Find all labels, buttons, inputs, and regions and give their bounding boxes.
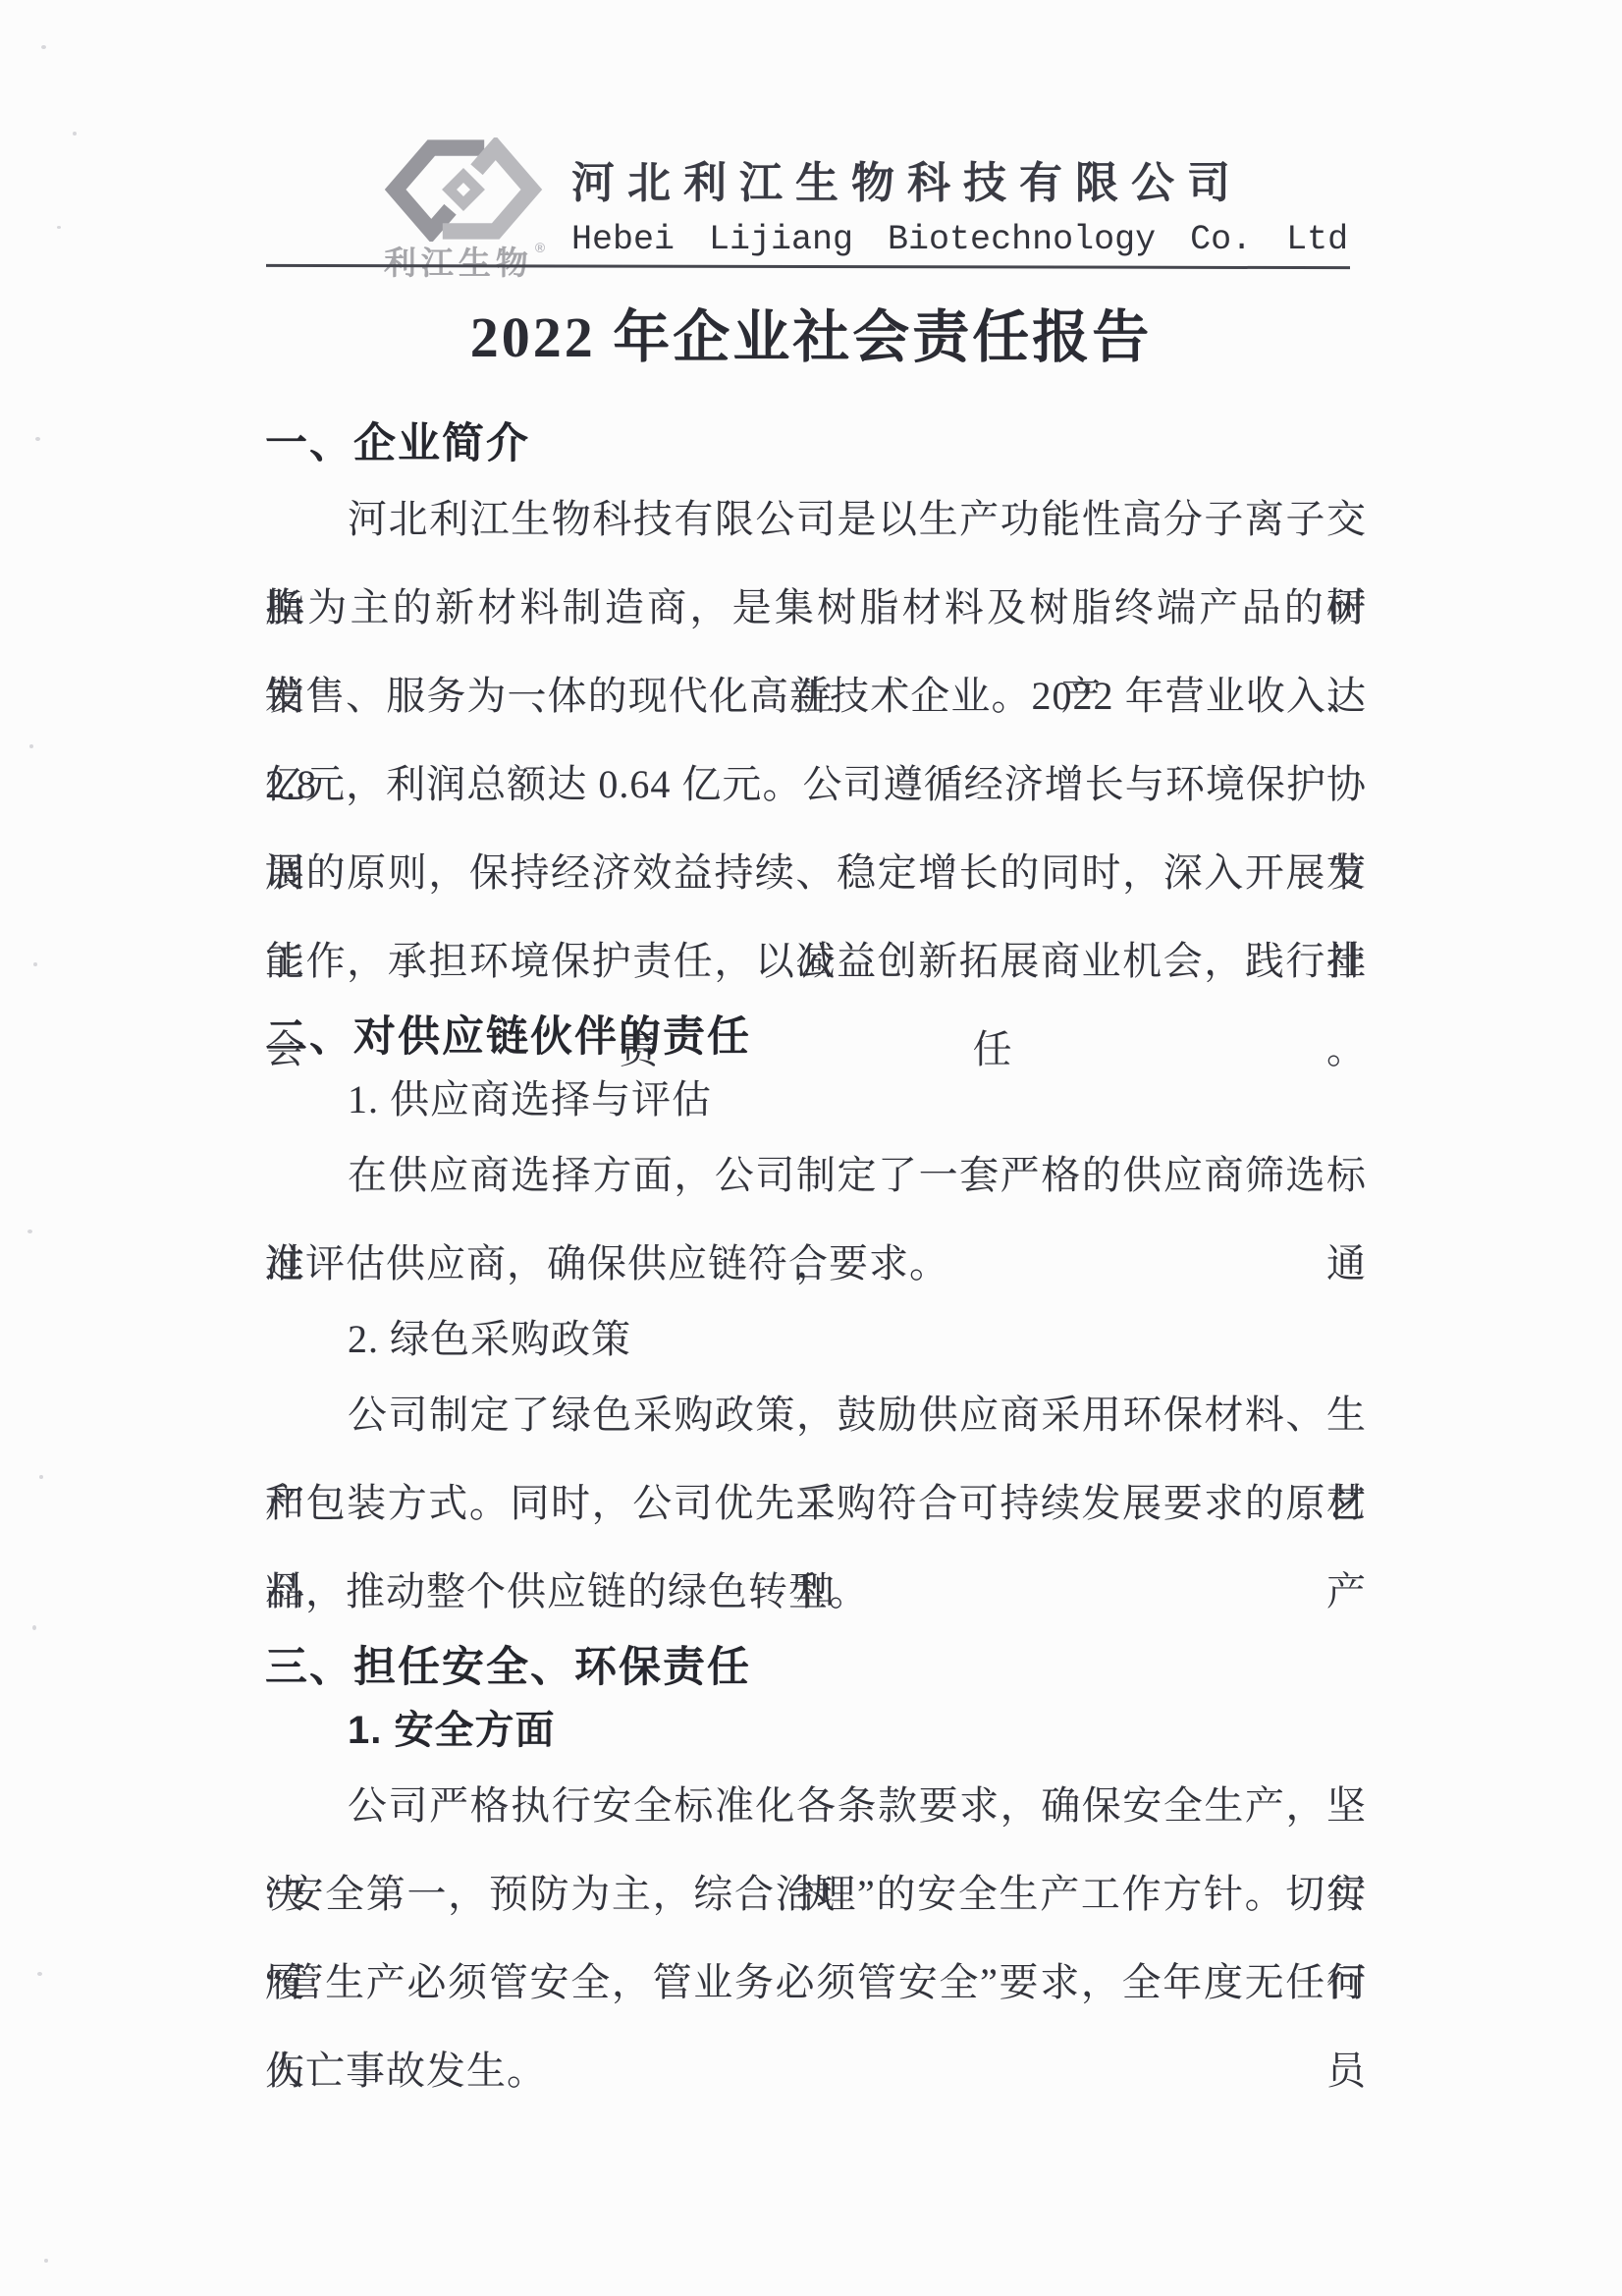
body-line: 和包装方式。同时，公司优先采购符合可持续发展要求的原材料和产: [265, 1459, 1367, 1548]
logo-brand-text: 利江生物®: [376, 238, 551, 284]
scanned-report-page: 利江生物® 河北利江生物科技有限公司 Hebei Lijiang Biotech…: [0, 0, 1622, 2296]
body-line: “安全第一，预防为主，综合治理”的安全生产工作方针。切实履行: [265, 1850, 1367, 1939]
body-line: 公司制定了绿色采购政策，鼓励供应商采用环保材料、生产工艺: [265, 1371, 1367, 1459]
company-name-en: Hebei Lijiang Biotechnology Co. Ltd: [571, 220, 1269, 259]
scan-speck: [33, 962, 37, 966]
body-line: 河北利江生物科技有限公司是以生产功能性高分子离子交换树: [265, 475, 1367, 564]
scan-speck: [41, 45, 46, 49]
section-heading: 三、担任安全、环保责任: [265, 1642, 1367, 1693]
scan-speck: [57, 226, 61, 229]
body-line: 销售、服务为一体的现代化高新技术企业。2022 年营业收入达 2.8: [265, 652, 1367, 740]
company-name-block: 河北利江生物科技有限公司 Hebei Lijiang Biotechnology…: [571, 147, 1269, 259]
scan-speck: [35, 437, 40, 441]
subsection-heading: 1. 安全方面: [265, 1699, 1367, 1762]
body-line: 亿元，利润总额达 0.64 亿元。公司遵循经济增长与环境保护协调发: [265, 740, 1367, 829]
document-content: 一、企业简介河北利江生物科技有限公司是以生产功能性高分子离子交换树脂为主的新材料…: [265, 412, 1367, 2115]
subsection-heading: 2. 绿色采购政策: [265, 1308, 1367, 1371]
body-line: “管生产必须管安全，管业务必须管安全”要求，全年度无任何人员: [265, 1939, 1367, 2027]
lijiang-interlocked-hexagon-logo-icon: [376, 137, 551, 242]
scan-speck: [73, 132, 77, 136]
section-heading: 一、企业简介: [265, 418, 1367, 469]
scan-speck: [39, 1475, 43, 1479]
registered-mark: ®: [535, 240, 545, 255]
scan-speck: [29, 744, 33, 748]
body-line: 公司严格执行安全标准化各条款要求，确保安全生产，坚决执行: [265, 1762, 1367, 1850]
scan-speck: [27, 1230, 32, 1233]
body-line: 展的原则，保持经济效益持续、稳定增长的同时，深入开展节能减排: [265, 829, 1367, 917]
company-name-zh: 河北利江生物科技有限公司: [571, 147, 1269, 210]
body-line: 在供应商选择方面，公司制定了一套严格的供应商筛选标准，通: [265, 1131, 1367, 1220]
body-line: 脂为主的新材料制造商，是集树脂材料及树脂终端产品的研发、生产、: [265, 564, 1367, 652]
report-title: 2022 年企业社会责任报告: [0, 291, 1622, 373]
scan-speck: [37, 1972, 42, 1976]
company-logo: 利江生物®: [376, 137, 551, 284]
body-line: 工作，承担环境保护责任，以公益创新拓展商业机会，践行社会责任。: [265, 917, 1367, 1006]
scan-speck: [44, 2259, 48, 2263]
scan-speck: [32, 1625, 36, 1630]
